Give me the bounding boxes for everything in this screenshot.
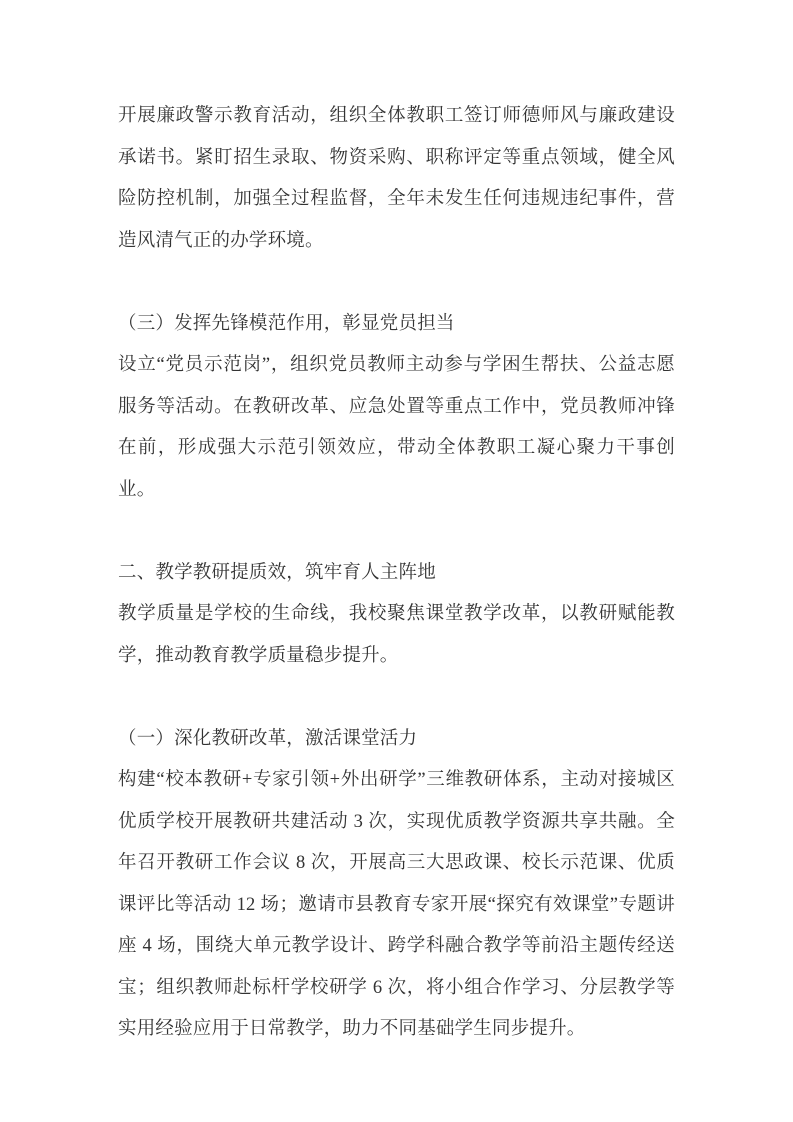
paragraph-party-demonstration-post: 设立“党员示范岗”，组织党员教师主动参与学困生帮扶、公益志愿服务等活动。在教研改… (118, 345, 675, 511)
heading-section-1-deepen-teaching-reform: （一）深化教研改革，激活课堂活力 (118, 719, 675, 761)
blank-line (118, 677, 675, 719)
paragraph-three-dimension-research-system: 构建“校本教研+专家引领+外出研学”三维教研体系，主动对接城区优质学校开展教研共… (118, 760, 675, 1051)
blank-line (118, 511, 675, 553)
heading-chapter-2-teaching-research: 二、教学教研提质效，筑牢育人主阵地 (118, 553, 675, 595)
heading-section-3-party-vanguard: （三）发挥先锋模范作用，彰显党员担当 (118, 304, 675, 346)
document-page: 开展廉政警示教育活动，组织全体教职工签订师德师风与廉政建设承诺书。紧盯招生录取、… (0, 0, 793, 1122)
paragraph-discipline-education: 开展廉政警示教育活动，组织全体教职工签订师德师风与廉政建设承诺书。紧盯招生录取、… (118, 96, 675, 262)
document-text-column: 开展廉政警示教育活动，组织全体教职工签订师德师风与廉政建设承诺书。紧盯招生录取、… (118, 96, 675, 1051)
blank-line (118, 262, 675, 304)
paragraph-teaching-quality-lifeline: 教学质量是学校的生命线，我校聚焦课堂教学改革，以教研赋能教学，推动教育教学质量稳… (118, 594, 675, 677)
